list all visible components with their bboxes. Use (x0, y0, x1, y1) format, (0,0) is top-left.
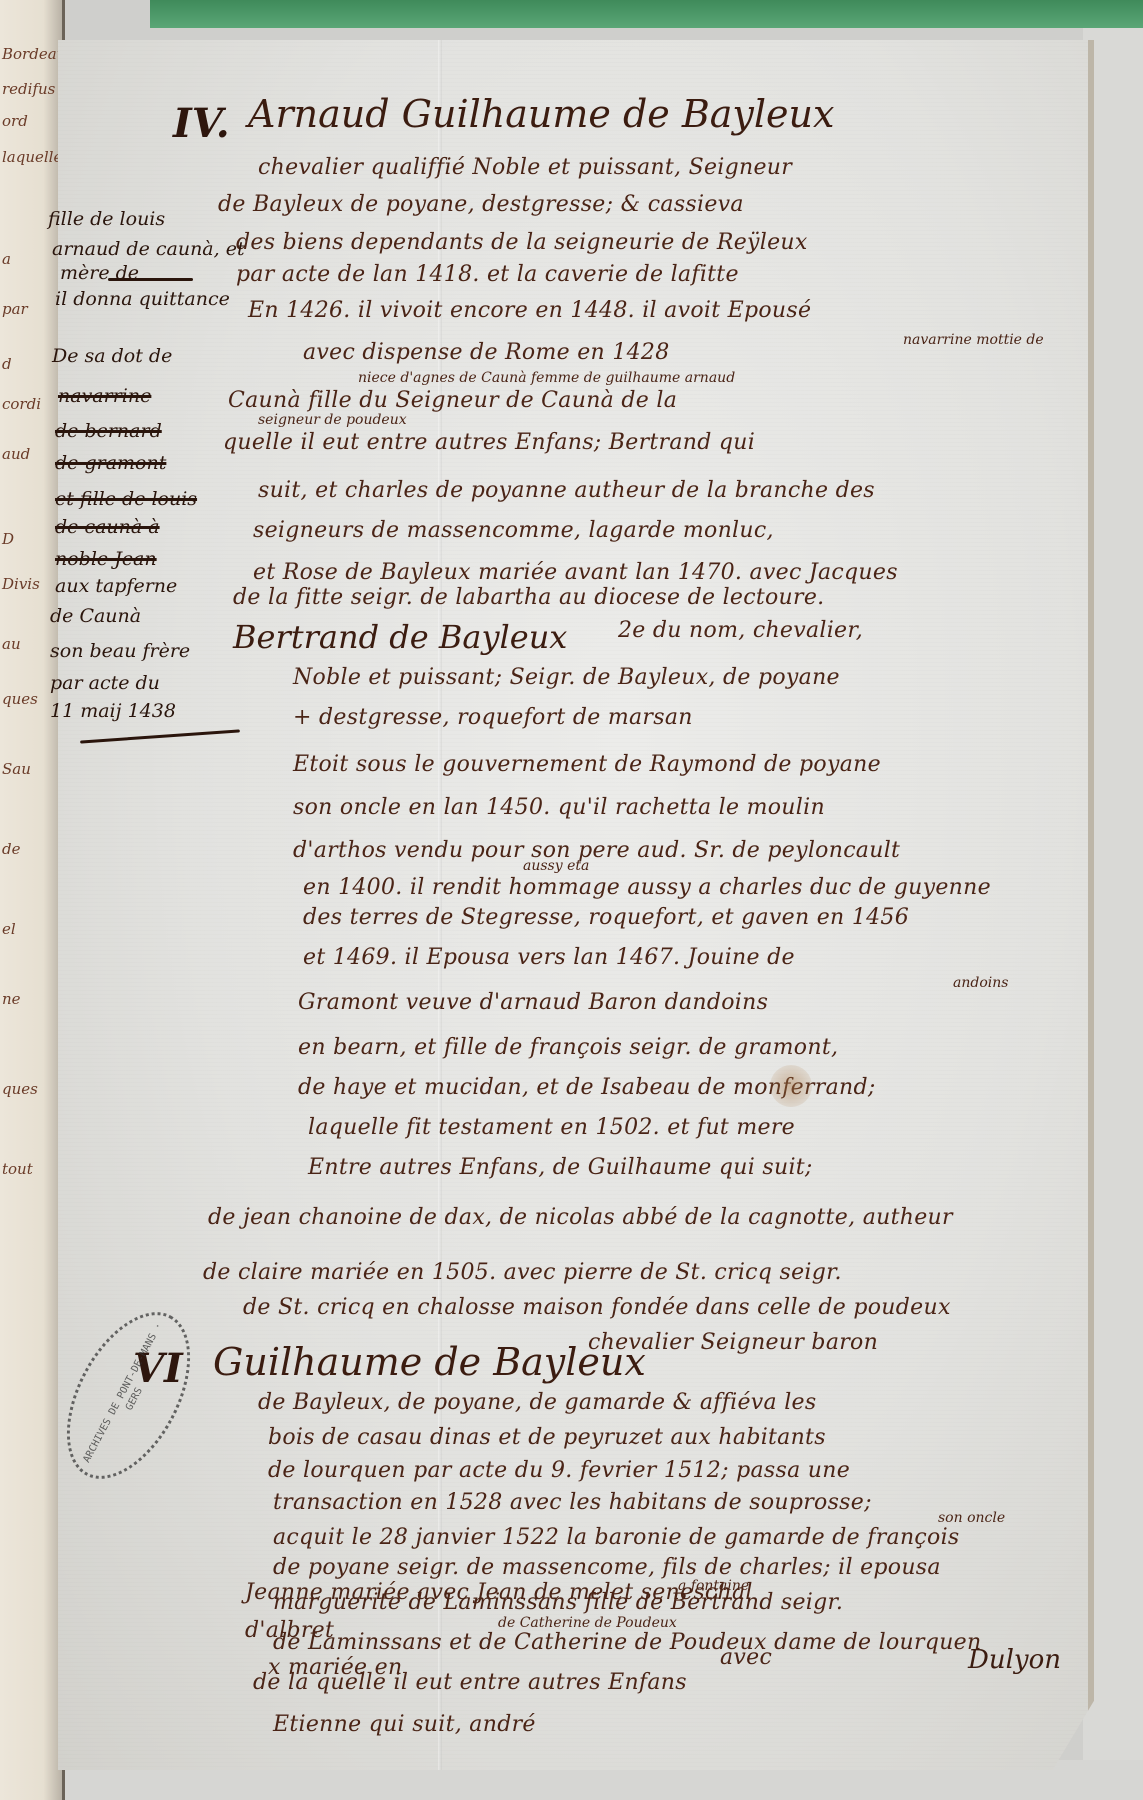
margin-note-struck: de gramont (55, 452, 166, 474)
interlinear-note: niece d'agnes de Caunà femme de guilhaum… (358, 370, 735, 386)
section-vi-heading-suffix: chevalier Seigneur baron (588, 1330, 878, 1355)
text-line: des terres de Stegresse, roquefort, et g… (303, 905, 909, 930)
text-line: acquit le 28 janvier 1522 la baronie de … (273, 1525, 960, 1550)
text-line: En 1426. il vivoit encore en 1448. il av… (248, 298, 811, 323)
text-line: transaction en 1528 avec les habitans de… (273, 1490, 872, 1515)
text-line: Jeanne mariée avec Jean de melet senesch… (245, 1580, 753, 1605)
text-line: de Bayleux de poyane, destgresse; & cass… (218, 192, 744, 217)
leaf-fragment: ne (2, 990, 21, 1008)
margin-note: aux tapferne (55, 575, 177, 597)
leaf-fragment: D (2, 530, 14, 548)
margin-note-struck: de bernard (55, 420, 162, 442)
margin-note: 11 maij 1438 (50, 700, 176, 722)
leaf-fragment: tout (2, 1160, 33, 1178)
margin-note: De sa dot de (52, 345, 172, 367)
text-line: son oncle en lan 1450. qu'il rachetta le… (293, 795, 825, 820)
interlinear-note: de Catherine de Poudeux (498, 1615, 677, 1631)
leaf-fragment: Sau (2, 760, 31, 778)
leaf-fragment: laquelle (2, 148, 62, 166)
text-line: par acte de lan 1418. et la caverie de l… (236, 262, 739, 287)
text-line: d'albret (245, 1618, 334, 1643)
interlinear-note: aussy eta (523, 858, 589, 874)
leaf-fragment: aud (2, 445, 30, 463)
interlinear-note: navarrine mottie de (903, 332, 1044, 348)
interlinear-note: seigneur de poudeux (258, 412, 407, 428)
text-line: de claire mariée en 1505. avec pierre de… (203, 1260, 842, 1285)
margin-note-struck: noble Jean (55, 548, 157, 570)
text-line: de jean chanoine de dax, de nicolas abbé… (208, 1205, 953, 1230)
text-line: + destgresse, roquefort de marsan (293, 705, 693, 730)
text-line: en 1400. il rendit hommage aussy a charl… (303, 875, 991, 900)
text-line: de lourquen par acte du 9. fevrier 1512;… (268, 1458, 850, 1483)
text-line: de la fitte seigr. de labartha au dioces… (233, 585, 824, 610)
text-line: Noble et puissant; Seigr. de Bayleux, de… (293, 665, 840, 690)
interlinear-note: son oncle (938, 1510, 1005, 1526)
leaf-fragment: ord (2, 112, 28, 130)
margin-note: son beau frère (50, 640, 190, 662)
leaf-fragment: el (2, 920, 16, 938)
section-vi-heading: Guilhaume de Bayleux (213, 1340, 646, 1384)
text-line: avec dispense de Rome en 1428 (303, 340, 670, 365)
leaf-fragment: au (2, 635, 21, 653)
text-line: x mariée en (268, 1655, 402, 1680)
green-backing-strip (150, 0, 1143, 28)
section-v-heading-suffix: 2e du nom, chevalier, (618, 618, 863, 643)
margin-note: fille de louis (48, 208, 165, 230)
text-line: Etoit sous le gouvernement de Raymond de… (293, 752, 881, 777)
leaf-fragment: a (2, 250, 11, 268)
underline (108, 278, 193, 281)
text-line: et Rose de Bayleux mariée avant lan 1470… (253, 560, 898, 585)
text-line: d'arthos vendu pour son pere aud. Sr. de… (293, 838, 900, 863)
text-line: suit, et charles de poyanne autheur de l… (258, 478, 875, 503)
margin-note: par acte du (50, 672, 160, 694)
text-line: quelle il eut entre autres Enfans; Bertr… (223, 430, 755, 455)
text-line: de Bayleux, de poyane, de gamarde & affi… (258, 1390, 816, 1415)
text-line: chevalier qualiffié Noble et puissant, S… (258, 155, 792, 180)
leaf-fragment: Bordeau (2, 45, 65, 63)
leaf-fragment: Divis (2, 575, 40, 593)
leaf-fragment: cordi (2, 395, 41, 413)
section-v-heading: Bertrand de Bayleux (233, 618, 567, 656)
text-line: en bearn, et fille de françois seigr. de… (298, 1035, 838, 1060)
text-line: bois de casau dinas et de peyruzet aux h… (268, 1425, 826, 1450)
text-line: laquelle fit testament en 1502. et fut m… (308, 1115, 795, 1140)
signature: Dulyon (968, 1645, 1061, 1675)
margin-note-struck: de caunà à (55, 516, 160, 538)
detached-word: avec (720, 1645, 772, 1670)
text-line: Caunà fille du Seigneur de Caunà de la (228, 388, 677, 413)
previous-leaf-edge: Bordeau redifus ord laquelle a par d cor… (0, 0, 65, 1800)
margin-note: arnaud de caunà, et (52, 238, 245, 260)
leaf-fragment: de (2, 840, 20, 858)
leaf-fragment: redifus (2, 80, 55, 98)
margin-note-struck: et fille de louis (55, 488, 197, 510)
margin-note: il donna quittance (55, 288, 230, 310)
leaf-fragment: ques (2, 1080, 38, 1098)
section-iv-heading: Arnaud Guilhaume de Bayleux (248, 92, 834, 136)
section-numeral-iv: IV. (173, 100, 230, 147)
text-line: seigneurs de massencomme, lagarde monluc… (253, 518, 774, 543)
text-line: des biens dependants de la seigneurie de… (236, 230, 808, 255)
leaf-fragment: par (2, 300, 28, 318)
text-line: Entre autres Enfans, de Guilhaume qui su… (308, 1155, 813, 1180)
text-line: et 1469. il Epousa vers lan 1467. Jouine… (303, 945, 795, 970)
margin-note-struck: navarrine (58, 385, 151, 407)
text-line: Etienne qui suit, andré (273, 1712, 536, 1737)
text-line: de poyane seigr. de massencome, fils de … (273, 1555, 941, 1580)
margin-note: de Caunà (50, 605, 141, 627)
leaf-fragment: ques (2, 690, 38, 708)
text-line: Gramont veuve d'arnaud Baron dandoins (298, 990, 768, 1015)
text-line: de St. cricq en chalosse maison fondée d… (243, 1295, 951, 1320)
leaf-fragment: d (2, 355, 12, 373)
text-line: de Laminssans et de Catherine de Poudeux… (273, 1630, 981, 1655)
paper-stain (770, 1065, 812, 1107)
interlinear-note: andoins (953, 975, 1008, 991)
